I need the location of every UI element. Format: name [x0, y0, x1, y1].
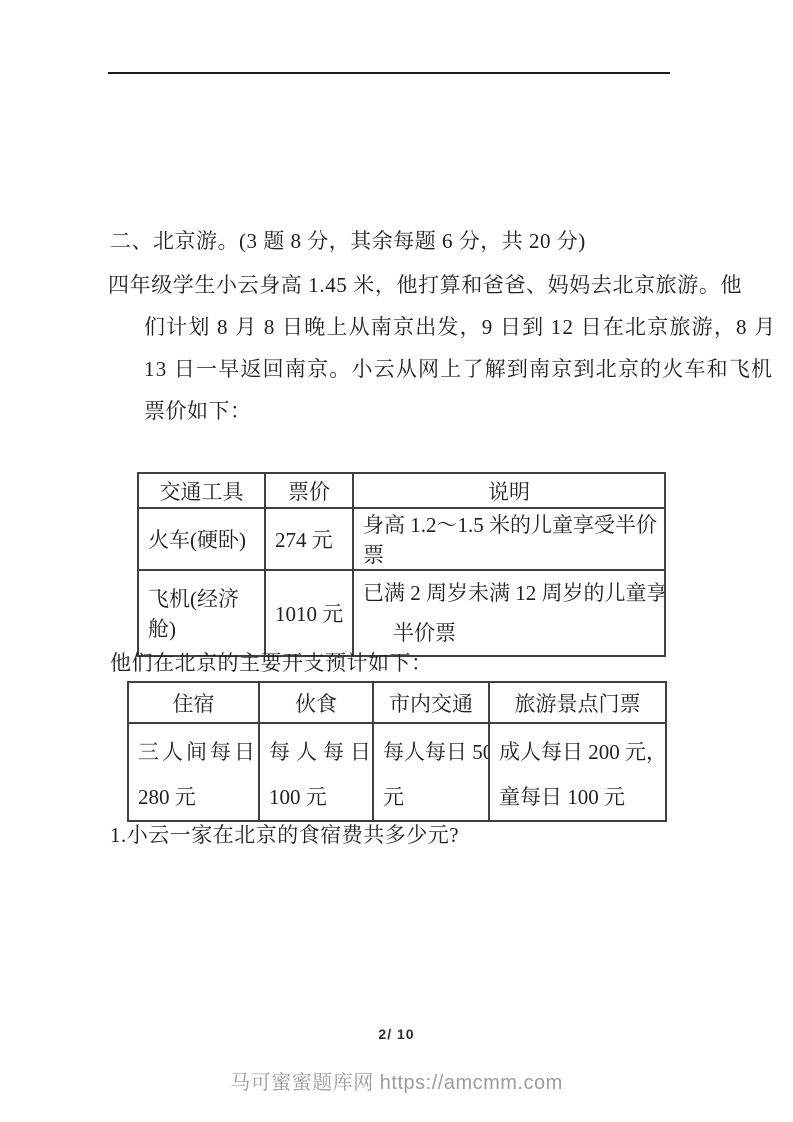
page-number: 2/ 10: [0, 1026, 793, 1042]
paragraph-line: 四年级学生小云身高 1.45 米，他打算和爸爸、妈妈去北京旅游。他: [108, 272, 742, 298]
paragraph-line: 13 日一早返回南京。小云从网上了解到南京到北京的火车和飞机: [144, 356, 773, 382]
fare-train-note: 身高 1.2～1.5 米的儿童享受半价票: [353, 508, 665, 570]
fare-plane-note-line: 已满 2 周岁未满 12 周岁的儿童享受: [363, 573, 664, 613]
fare-plane-note: 已满 2 周岁未满 12 周岁的儿童享受 半价票: [353, 570, 665, 656]
fare-header-tool: 交通工具: [138, 473, 265, 508]
question-1: 1.小云一家在北京的食宿费共多少元?: [110, 822, 459, 848]
expense-tickets-line: 成人每日 200 元，儿: [499, 730, 657, 775]
paragraph-line: 票价如下：: [144, 398, 252, 424]
expense-food-line: 每人每日: [269, 730, 364, 775]
expense-lodging-cell: 三人间每日 280 元: [128, 723, 259, 821]
fare-train-price: 274 元: [265, 508, 353, 570]
expense-lodging-line: 三人间每日: [138, 730, 250, 775]
expense-header-lodging: 住宿: [128, 682, 259, 723]
fare-table-header-row: 交通工具 票价 说明: [138, 473, 665, 508]
fare-row-plane: 飞机(经济舱) 1010 元 已满 2 周岁未满 12 周岁的儿童享受 半价票: [138, 570, 665, 656]
fare-plane-note-line: 半价票: [363, 613, 664, 653]
expense-transport-line: 元: [383, 775, 480, 820]
expense-tickets-line: 童每日 100 元: [499, 775, 657, 820]
top-rule: [108, 72, 670, 74]
document-page: 二、北京游。(3 题 8 分，其余每题 6 分，共 20 分) 四年级学生小云身…: [0, 0, 793, 1122]
expense-tickets-cell: 成人每日 200 元，儿 童每日 100 元: [489, 723, 666, 821]
expense-header-transport: 市内交通: [373, 682, 489, 723]
fare-header-note: 说明: [353, 473, 665, 508]
expense-food-line: 100 元: [269, 775, 364, 820]
fare-train-tool: 火车(硬卧): [138, 508, 265, 570]
fare-plane-tool: 飞机(经济舱): [138, 570, 265, 656]
footer-site-link: 马可蜜蜜题库网 https://amcmm.com: [0, 1066, 793, 1095]
fare-row-train: 火车(硬卧) 274 元 身高 1.2～1.5 米的儿童享受半价票: [138, 508, 665, 570]
expense-header-food: 伙食: [259, 682, 373, 723]
expense-transport-line: 每人每日 50: [383, 730, 480, 775]
expense-lodging-line: 280 元: [138, 775, 250, 820]
section-heading: 二、北京游。(3 题 8 分，其余每题 6 分，共 20 分): [110, 228, 586, 254]
fare-header-price: 票价: [265, 473, 353, 508]
expense-food-cell: 每人每日 100 元: [259, 723, 373, 821]
fare-plane-price: 1010 元: [265, 570, 353, 656]
fare-table: 交通工具 票价 说明 火车(硬卧) 274 元 身高 1.2～1.5 米的儿童享…: [137, 472, 666, 657]
expense-header-tickets: 旅游景点门票: [489, 682, 666, 723]
expense-table: 住宿 伙食 市内交通 旅游景点门票 三人间每日 280 元 每人每日 100 元…: [127, 681, 667, 822]
expense-intro: 他们在北京的主要开支预计如下：: [110, 650, 433, 676]
expense-data-row: 三人间每日 280 元 每人每日 100 元 每人每日 50 元 成人每日 20…: [128, 723, 666, 821]
paragraph-line: 们计划 8 月 8 日晚上从南京出发，9 日到 12 日在北京旅游，8 月: [144, 314, 776, 340]
expense-table-header-row: 住宿 伙食 市内交通 旅游景点门票: [128, 682, 666, 723]
expense-transport-cell: 每人每日 50 元: [373, 723, 489, 821]
